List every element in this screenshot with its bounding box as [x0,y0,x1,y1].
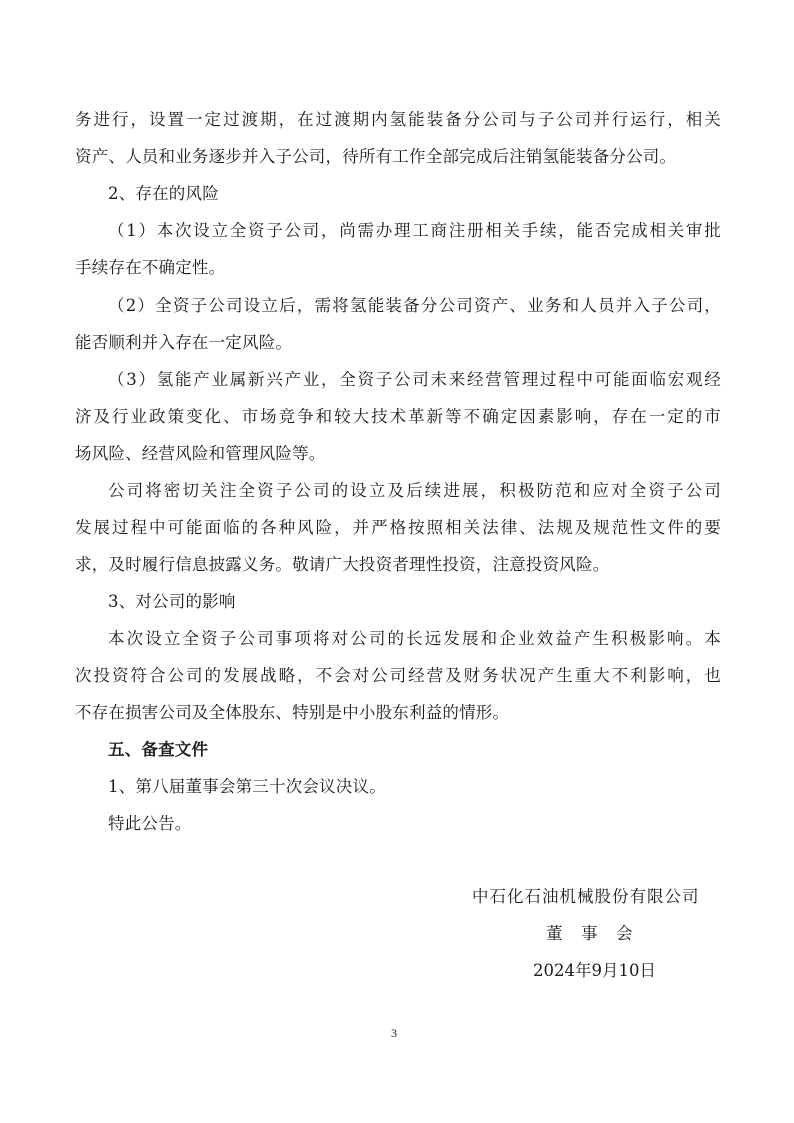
paragraph-line: 本次设立全资子公司事项将对公司的长远发展和企业效益产生积极影响。本 [108,627,721,651]
paragraph-line: 能否顺利并入存在一定风险。 [75,331,721,355]
paragraph-line: 不存在损害公司及全体股东、特别是中小股东利益的情形。 [75,701,721,725]
signature-board: 董 事 会 [546,922,634,946]
section-heading-reference-documents: 五、备查文件 [108,738,721,762]
subheading-risks: 2、存在的风险 [108,182,721,206]
paragraph-line: 次投资符合公司的发展战略，不会对公司经营及财务状况产生重大不利影响，也 [75,664,721,688]
paragraph-line: 手续存在不确定性。 [75,256,721,280]
paragraph-line: （3）氢能产业属新兴产业，全资子公司未来经营管理过程中可能面临宏观经 [108,368,721,392]
paragraph-line: （1）本次设立全资子公司，尚需办理工商注册相关手续，能否完成相关审批 [108,219,721,243]
document-page: 务进行，设置一定过渡期，在过渡期内氢能装备分公司与子公司并行运行，相关 资产、人… [0,0,794,1123]
signature-company: 中石化石油机械股份有限公司 [472,885,700,909]
paragraph-line: 公司将密切关注全资子公司的设立及后续进展，积极防范和应对全资子公司 [108,479,721,503]
paragraph-line: 资产、人员和业务逐步并入子公司，待所有工作全部完成后注销氢能装备分公司。 [75,145,721,169]
paragraph-line: （2）全资子公司设立后，需将氢能装备分公司资产、业务和人员并入子公司， [108,294,721,318]
paragraph-line: 发展过程中可能面临的各种风险，并严格按照相关法律、法规及规范性文件的要 [75,516,721,540]
subheading-impact: 3、对公司的影响 [108,590,721,614]
reference-item: 1、第八届董事会第三十次会议决议。 [108,775,721,799]
paragraph-line: 济及行业政策变化、市场竞争和较大技术革新等不确定因素影响，存在一定的市 [75,405,721,429]
page-number: 3 [391,1025,397,1041]
paragraph-line: 求，及时履行信息披露义务。敬请广大投资者理性投资，注意投资风险。 [75,553,721,577]
signature-date: 2024年9月10日 [533,959,656,983]
paragraph-line: 场风险、经营风险和管理风险等。 [75,442,721,466]
paragraph-line: 务进行，设置一定过渡期，在过渡期内氢能装备分公司与子公司并行运行，相关 [75,108,721,132]
closing-statement: 特此公告。 [108,812,721,836]
